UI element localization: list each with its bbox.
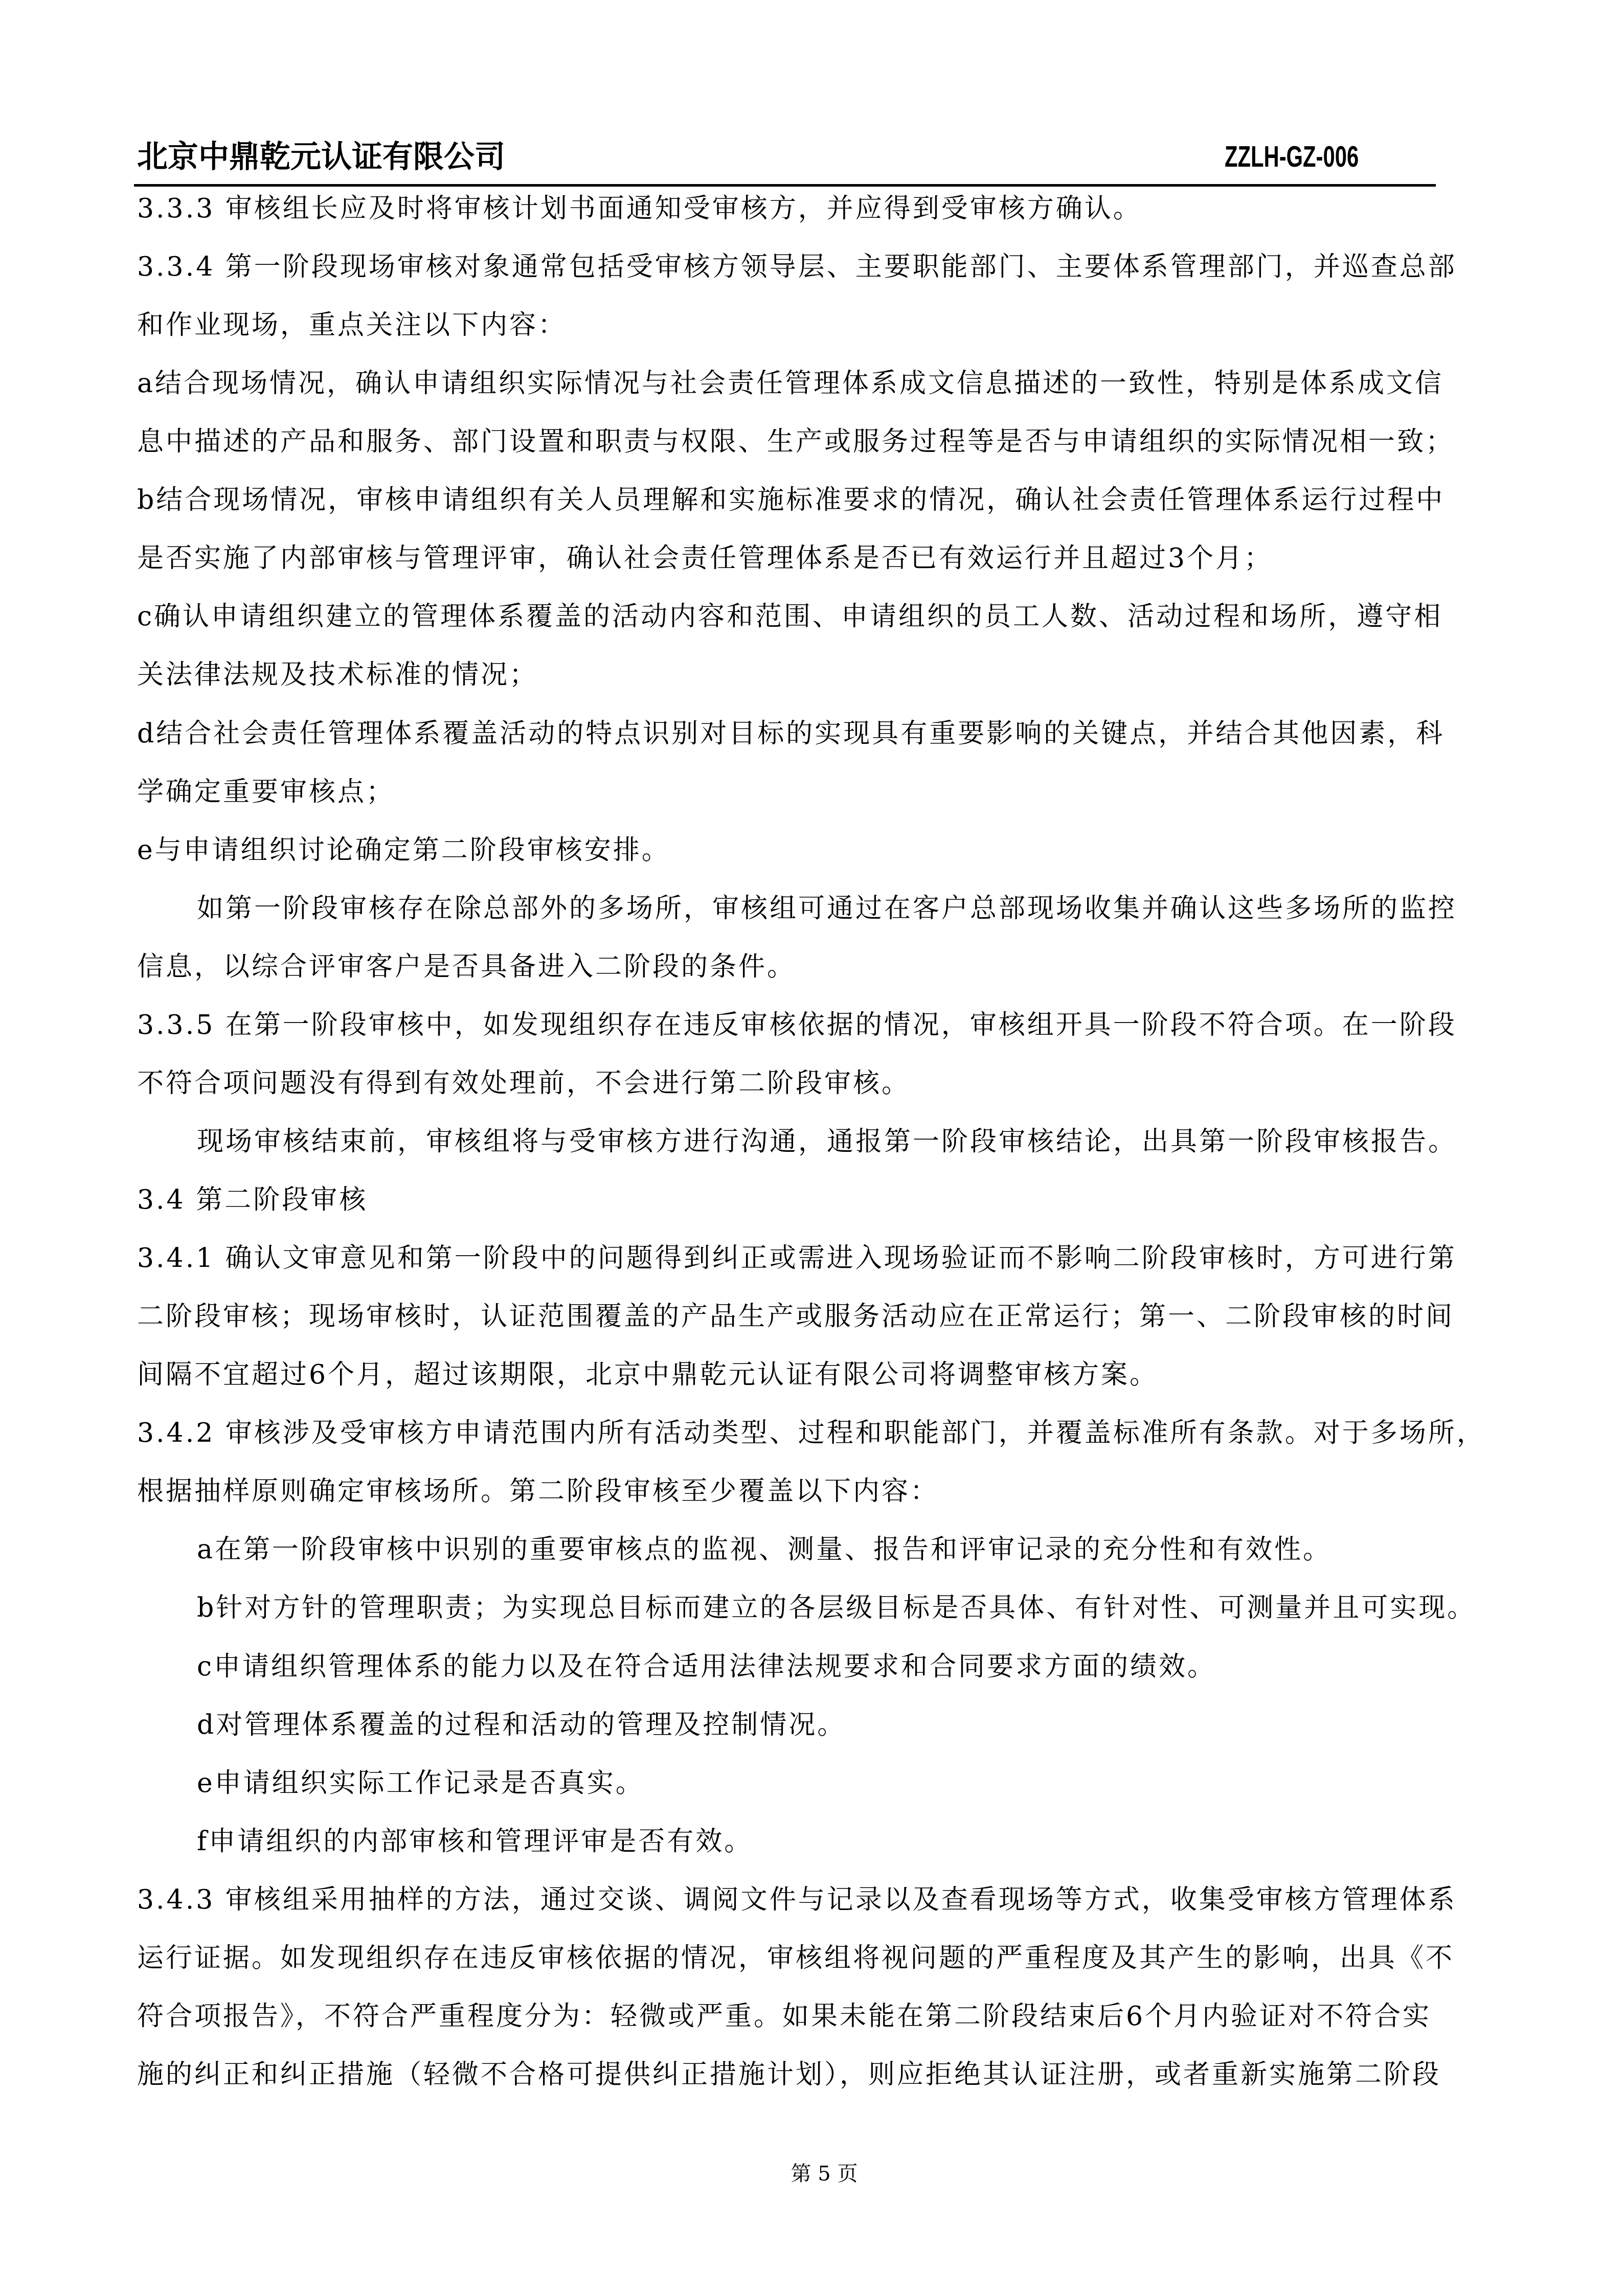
- document-code: ZZLH-GZ-006: [1225, 134, 1359, 180]
- body-line: 符合项报告》，不符合严重程度分为：轻微或严重。如果未能在第二阶段结束后6个月内验…: [137, 2001, 1431, 2032]
- body-line: 3.3.4 第一阶段现场审核对象通常包括受审核方领导层、主要职能部门、主要体系管…: [137, 252, 1457, 282]
- document-page: 北京中鼎乾元认证有限公司 ZZLH-GZ-006 3.3.3 审核组长应及时将审…: [0, 0, 1624, 2296]
- company-name: 北京中鼎乾元认证有限公司: [137, 134, 505, 180]
- list-item: f申请组织的内部审核和管理评审是否有效。: [197, 1826, 753, 1857]
- body-line: 根据抽样原则确定审核场所。第二阶段审核至少覆盖以下内容：: [137, 1476, 939, 1507]
- body-line: 是否实施了内部审核与管理评审，确认社会责任管理体系是否已有效运行并且超过3个月；: [137, 543, 1273, 574]
- body-line: 间隔不宜超过6个月，超过该期限，北京中鼎乾元认证有限公司将调整审核方案。: [137, 1359, 1158, 1390]
- page-header: 北京中鼎乾元认证有限公司 ZZLH-GZ-006: [134, 134, 1436, 185]
- body-line: a结合现场情况，确认申请组织实际情况与社会责任管理体系成文信息描述的一致性，特别…: [137, 368, 1443, 399]
- body-line: 关法律法规及技术标准的情况；: [137, 660, 538, 690]
- body-line: e与申请组织讨论确定第二阶段审核安排。: [137, 835, 670, 866]
- body-line: 信息，以综合评审客户是否具备进入二阶段的条件。: [137, 951, 796, 982]
- body-line: 3.4.2 审核涉及受审核方申请范围内所有活动类型、过程和职能部门，并覆盖标准所…: [137, 1418, 1485, 1448]
- body-line: 3.4.3 审核组采用抽样的方法，通过交谈、调阅文件与记录以及查看现场等方式，收…: [137, 1884, 1457, 1915]
- body-line: 如第一阶段审核存在除总部外的多场所，审核组可通过在客户总部现场收集并确认这些多场…: [197, 893, 1457, 924]
- body-line: c确认申请组织建立的管理体系覆盖的活动内容和范围、申请组织的员工人数、活动过程和…: [137, 601, 1442, 632]
- body-line: 二阶段审核；现场审核时，认证范围覆盖的产品生产或服务活动应在正常运行；第一、二阶…: [137, 1301, 1454, 1332]
- body-line: b结合现场情况，审核申请组织有关人员理解和实施标准要求的情况，确认社会责任管理体…: [137, 485, 1445, 515]
- body-line: 和作业现场，重点关注以下内容：: [137, 310, 567, 340]
- body-line: d结合社会责任管理体系覆盖活动的特点识别对目标的实现具有重要影响的关键点，并结合…: [137, 718, 1445, 749]
- list-item: a在第一阶段审核中识别的重要审核点的监视、测量、报告和评审记录的充分性和有效性。: [197, 1534, 1332, 1565]
- body-line: 不符合项问题没有得到有效处理前，不会进行第二阶段审核。: [137, 1068, 910, 1099]
- body-line: 息中描述的产品和服务、部门设置和职责与权限、生产或服务过程等是否与申请组织的实际…: [137, 426, 1454, 457]
- body-line: 3.3.5 在第一阶段审核中，如发现组织存在违反审核依据的情况，审核组开具一阶段…: [137, 1010, 1457, 1040]
- list-item: d对管理体系覆盖的过程和活动的管理及控制情况。: [197, 1710, 846, 1740]
- body-line: 3.3.3 审核组长应及时将审核计划书面通知受审核方，并应得到受审核方确认。: [137, 193, 1142, 224]
- section-heading: 3.4 第二阶段审核: [137, 1185, 368, 1215]
- header-divider: [134, 184, 1436, 187]
- body-line: 施的纠正和纠正措施（轻微不合格可提供纠正措施计划），则应拒绝其认证注册，或者重新…: [137, 2059, 1441, 2090]
- body-line: 3.4.1 确认文审意见和第一阶段中的问题得到纠正或需进入现场验证而不影响二阶段…: [137, 1243, 1457, 1274]
- body-line: 现场审核结束前，审核组将与受审核方进行沟通，通报第一阶段审核结论，出具第一阶段审…: [197, 1126, 1457, 1157]
- page-number: 第 5 页: [0, 2158, 1624, 2189]
- list-item: e申请组织实际工作记录是否真实。: [197, 1768, 644, 1799]
- body-line: 运行证据。如发现组织存在违反审核依据的情况，审核组将视问题的严重程度及其产生的影…: [137, 1943, 1454, 1973]
- list-item: b针对方针的管理职责；为实现总目标而建立的各层级目标是否具体、有针对性、可测量并…: [197, 1593, 1476, 1623]
- list-item: c申请组织管理体系的能力以及在符合适用法律法规要求和合同要求方面的绩效。: [197, 1651, 1216, 1682]
- body-line: 学确定重要审核点；: [137, 777, 395, 807]
